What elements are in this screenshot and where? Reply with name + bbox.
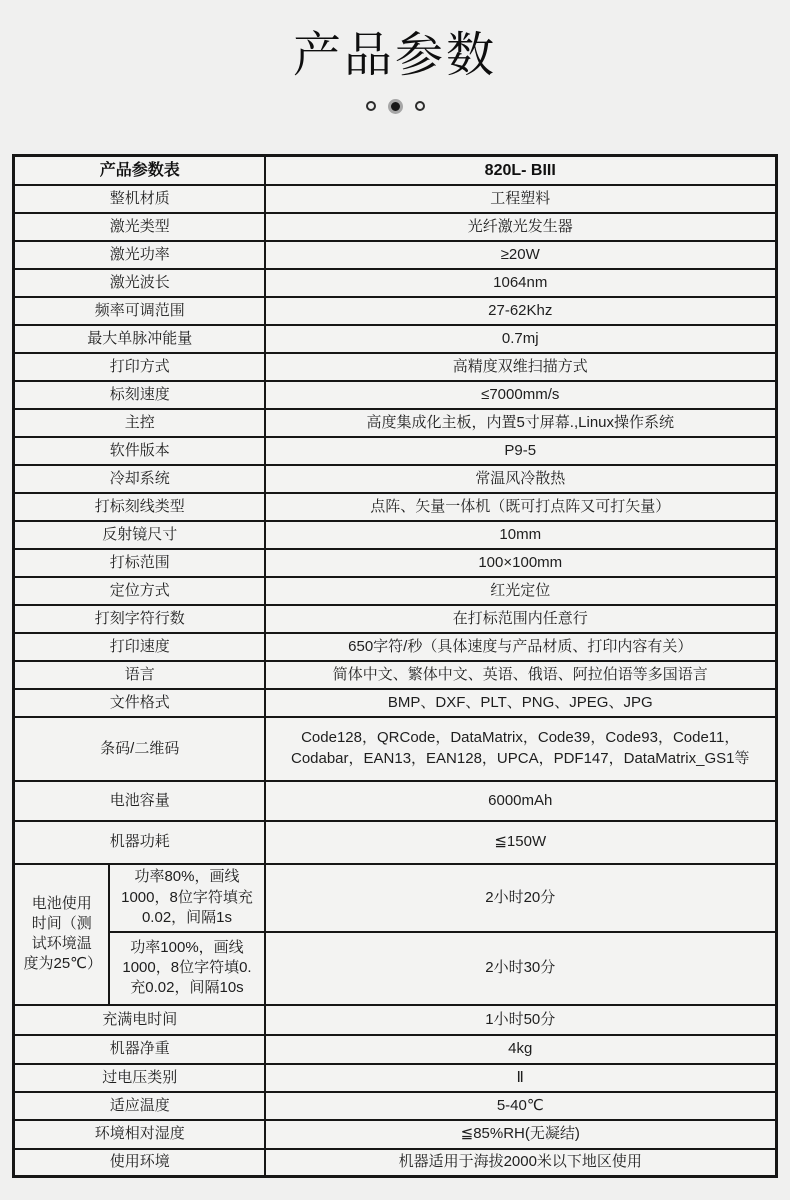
param-name-cell: 使用环境 — [14, 1149, 265, 1177]
spec-row: 最大单脉冲能量 0.7mj — [14, 325, 776, 353]
param-name-cell: 打标范围 — [14, 549, 265, 577]
spec-row: 激光类型 光纤激光发生器 — [14, 213, 776, 241]
param-value-cell: 机器适用于海拔2000米以下地区使用 — [265, 1149, 776, 1177]
page-title: 产品参数 — [0, 0, 790, 83]
param-value-cell: 5-40℃ — [265, 1092, 776, 1120]
param-value-cell: 2小时30分 — [265, 932, 776, 1005]
param-value-cell: ≤7000mm/s — [265, 381, 776, 409]
param-value-cell: 光纤激光发生器 — [265, 213, 776, 241]
spec-row: 反射镜尺寸 10mm — [14, 521, 776, 549]
param-value-cell: 1064nm — [265, 269, 776, 297]
param-name-cell: 标刻速度 — [14, 381, 265, 409]
param-value-cell: 红光定位 — [265, 577, 776, 605]
battery-sub-row: 电池使用 时间（测 试环境温 度为25℃） 功率80%，画线 1000，8位字符… — [14, 864, 776, 932]
param-name-cell: 最大单脉冲能量 — [14, 325, 265, 353]
param-name-cell: 打标刻线类型 — [14, 493, 265, 521]
param-name-cell: 反射镜尺寸 — [14, 521, 265, 549]
param-name-cell: 条码/二维码 — [14, 717, 265, 781]
param-value-cell: 点阵、矢量一体机（既可打点阵又可打矢量） — [265, 493, 776, 521]
param-value-cell: 简体中文、繁体中文、英语、俄语、阿拉伯语等多国语言 — [265, 661, 776, 689]
spec-row: 打标刻线类型 点阵、矢量一体机（既可打点阵又可打矢量） — [14, 493, 776, 521]
spec-row: 打标范围 100×100mm — [14, 549, 776, 577]
spec-row: 标刻速度 ≤7000mm/s — [14, 381, 776, 409]
param-value-cell: ≦85%RH(无凝结) — [265, 1120, 776, 1149]
param-value-cell: 27-62Khz — [265, 297, 776, 325]
param-name-cell: 定位方式 — [14, 577, 265, 605]
param-name-cell: 文件格式 — [14, 689, 265, 717]
param-value-cell: Code128，QRCode，DataMatrix，Code39，Code93，… — [265, 717, 776, 781]
spec-row: 电池容量 6000mAh — [14, 781, 776, 821]
spec-row: 激光波长 1064nm — [14, 269, 776, 297]
param-name-cell: 打印速度 — [14, 633, 265, 661]
spec-row: 使用环境 机器适用于海拔2000米以下地区使用 — [14, 1149, 776, 1177]
param-name-cell: 机器功耗 — [14, 821, 265, 864]
spec-row: 文件格式 BMP、DXF、PLT、PNG、JPEG、JPG — [14, 689, 776, 717]
battery-sub-row: 功率100%，画线 1000，8位字符填0. 充0.02，间隔10s 2小时30… — [14, 932, 776, 1005]
spec-row: 整机材质 工程塑料 — [14, 185, 776, 213]
carousel-dot-1[interactable] — [366, 101, 376, 111]
param-name-cell: 适应温度 — [14, 1092, 265, 1120]
battery-condition-cell: 功率80%，画线 1000，8位字符填充 0.02，间隔1s — [109, 864, 265, 932]
spec-table: 产品参数表 820L- BIII 整机材质 工程塑料 激光类型 光纤激光发生器 … — [12, 154, 777, 1178]
spec-row: 激光功率 ≥20W — [14, 241, 776, 269]
param-name-cell: 环境相对湿度 — [14, 1120, 265, 1149]
param-value-cell: 650字符/秒（具体速度与产品材质、打印内容有关） — [265, 633, 776, 661]
param-name-cell: 打印方式 — [14, 353, 265, 381]
param-name-cell: 冷却系统 — [14, 465, 265, 493]
param-value-cell: 高度集成化主板，内置5寸屏幕.,Linux操作系统 — [265, 409, 776, 437]
param-name-cell: 激光功率 — [14, 241, 265, 269]
carousel-dot-3[interactable] — [415, 101, 425, 111]
carousel-dot-2-active[interactable] — [388, 99, 403, 114]
param-value-cell: 10mm — [265, 521, 776, 549]
param-name-cell: 充满电时间 — [14, 1005, 265, 1035]
param-name-cell: 电池容量 — [14, 781, 265, 821]
spec-row-barcode: 条码/二维码 Code128，QRCode，DataMatrix，Code39，… — [14, 717, 776, 781]
spec-row: 主控 高度集成化主板，内置5寸屏幕.,Linux操作系统 — [14, 409, 776, 437]
param-name-cell: 软件版本 — [14, 437, 265, 465]
param-value-cell: ≥20W — [265, 241, 776, 269]
spec-row: 打刻字符行数 在打标范围内任意行 — [14, 605, 776, 633]
spec-row: 机器净重 4kg — [14, 1035, 776, 1064]
spec-header-row: 产品参数表 820L- BIII — [14, 156, 776, 185]
carousel-dots — [0, 98, 790, 114]
spec-row: 充满电时间 1小时50分 — [14, 1005, 776, 1035]
param-value-cell: 0.7mj — [265, 325, 776, 353]
param-value-cell: P9-5 — [265, 437, 776, 465]
param-value-cell: ≦150W — [265, 821, 776, 864]
param-name-cell: 打刻字符行数 — [14, 605, 265, 633]
spec-row: 适应温度 5-40℃ — [14, 1092, 776, 1120]
param-value-cell: 2小时20分 — [265, 864, 776, 932]
param-value-cell: 1小时50分 — [265, 1005, 776, 1035]
param-value-cell: 常温风冷散热 — [265, 465, 776, 493]
param-value-cell: 6000mAh — [265, 781, 776, 821]
param-name-cell: 语言 — [14, 661, 265, 689]
spec-row: 过电压类别 Ⅱ — [14, 1064, 776, 1092]
param-name-cell: 主控 — [14, 409, 265, 437]
spec-row: 机器功耗 ≦150W — [14, 821, 776, 864]
spec-row: 冷却系统 常温风冷散热 — [14, 465, 776, 493]
param-value-cell: 4kg — [265, 1035, 776, 1064]
param-name-cell: 整机材质 — [14, 185, 265, 213]
spec-row: 打印方式 高精度双维扫描方式 — [14, 353, 776, 381]
param-value-cell: 100×100mm — [265, 549, 776, 577]
spec-row: 定位方式 红光定位 — [14, 577, 776, 605]
spec-row: 环境相对湿度 ≦85%RH(无凝结) — [14, 1120, 776, 1149]
param-name-cell: 激光类型 — [14, 213, 265, 241]
spec-row: 软件版本 P9-5 — [14, 437, 776, 465]
battery-usage-label: 电池使用 时间（测 试环境温 度为25℃） — [14, 864, 109, 1005]
spec-header-model: 820L- BIII — [265, 156, 776, 185]
param-name-cell: 过电压类别 — [14, 1064, 265, 1092]
spec-row: 频率可调范围 27-62Khz — [14, 297, 776, 325]
spec-header-label: 产品参数表 — [14, 156, 265, 185]
param-value-cell: 在打标范围内任意行 — [265, 605, 776, 633]
param-name-cell: 频率可调范围 — [14, 297, 265, 325]
param-name-cell: 机器净重 — [14, 1035, 265, 1064]
param-value-cell: Ⅱ — [265, 1064, 776, 1092]
param-value-cell: 高精度双维扫描方式 — [265, 353, 776, 381]
param-name-cell: 激光波长 — [14, 269, 265, 297]
param-value-cell: BMP、DXF、PLT、PNG、JPEG、JPG — [265, 689, 776, 717]
param-value-cell: 工程塑料 — [265, 185, 776, 213]
spec-row: 打印速度 650字符/秒（具体速度与产品材质、打印内容有关） — [14, 633, 776, 661]
spec-row: 语言 简体中文、繁体中文、英语、俄语、阿拉伯语等多国语言 — [14, 661, 776, 689]
battery-condition-cell: 功率100%，画线 1000，8位字符填0. 充0.02，间隔10s — [109, 932, 265, 1005]
